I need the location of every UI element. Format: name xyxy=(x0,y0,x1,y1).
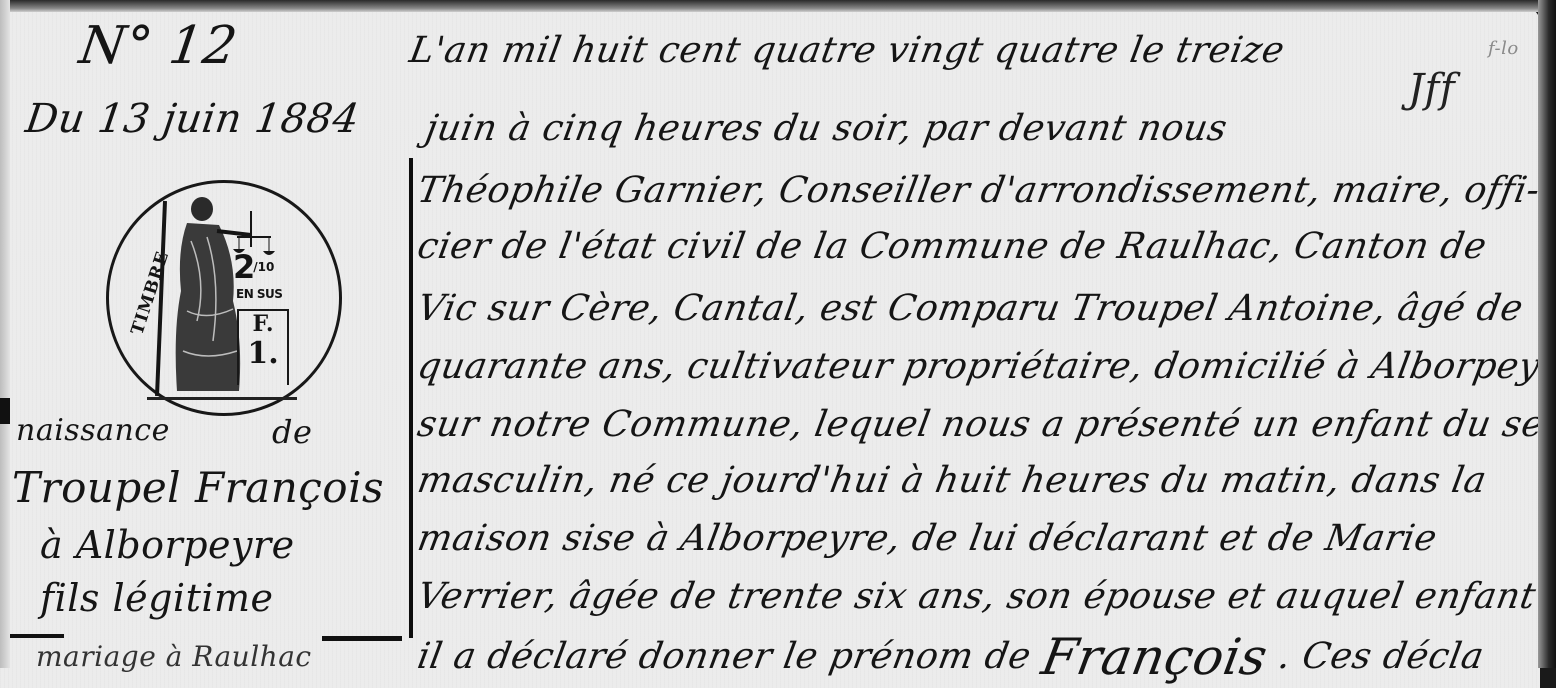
body-line-1: L'an mil huit cent quatre vingt quatre l… xyxy=(406,30,1287,71)
registry-page: N° 12 Du 13 juin 1884 TIMBRE 2/10 EN SUS… xyxy=(0,8,1540,668)
body-line-7: sur notre Commune, lequel nous a présent… xyxy=(414,404,1556,445)
right-margin-initials: Jff xyxy=(1408,66,1455,112)
scan-top-shadow xyxy=(0,0,1556,12)
subject-place: à Alborpeyre xyxy=(40,523,295,567)
body-line-5: Vic sur Cère, Cantal, est Comparu Troupe… xyxy=(414,288,1526,329)
scan-left-edge xyxy=(0,0,10,668)
act-type: naissance xyxy=(16,413,170,448)
body-line-11-text: il a déclaré donner le prénom de xyxy=(414,636,1034,668)
margin-de: de xyxy=(272,413,312,451)
stamp-en-sus: EN SUS xyxy=(236,287,282,301)
stamp-currency: F. xyxy=(239,311,287,337)
marriage-annotation: mariage à Raulhac xyxy=(36,640,312,668)
margin-separator-right xyxy=(322,636,402,641)
scan-right-edge xyxy=(1538,0,1556,668)
act-number: N° 12 xyxy=(76,16,241,76)
margin-vertical-rule xyxy=(409,158,413,638)
subject-name: Troupel François xyxy=(12,463,384,512)
body-continuation: . Ces décla xyxy=(1275,636,1487,668)
act-date: Du 13 juin 1884 xyxy=(23,96,362,142)
subject-filiation: fils légitime xyxy=(40,576,274,620)
body-line-9: maison sise à Alborpeyre, de lui déclara… xyxy=(414,518,1440,559)
body-line-2: juin à cinq heures du soir, par devant n… xyxy=(422,108,1230,149)
margin-separator-left xyxy=(4,634,64,638)
body-line-11: il a déclaré donner le prénom de Françoi… xyxy=(413,628,1489,668)
body-line-4: cier de l'état civil de la Commune de Ra… xyxy=(414,226,1489,267)
stamp-value: 1. xyxy=(239,337,287,371)
scan-left-mark xyxy=(0,398,10,424)
given-name: François xyxy=(1037,628,1272,668)
fiscal-stamp: TIMBRE 2/10 EN SUS F. 1. xyxy=(106,180,342,416)
stamp-base-line xyxy=(147,397,297,400)
body-line-10: Verrier, âgée de trente six ans, son épo… xyxy=(414,576,1539,617)
stamp-decime: 2/10 xyxy=(233,251,274,283)
body-line-3: Théophile Garnier, Conseiller d'arrondis… xyxy=(414,170,1543,211)
stamp-decime-denominator: /10 xyxy=(253,260,274,274)
right-margin-faint-note: f-lo xyxy=(1488,38,1519,59)
body-line-6: quarante ans, cultivateur propriétaire, … xyxy=(414,346,1556,387)
stamp-decime-number: 2 xyxy=(233,248,253,286)
body-line-8: masculin, né ce jourd'hui à huit heures … xyxy=(414,460,1489,501)
stamp-value-box: F. 1. xyxy=(237,309,289,385)
